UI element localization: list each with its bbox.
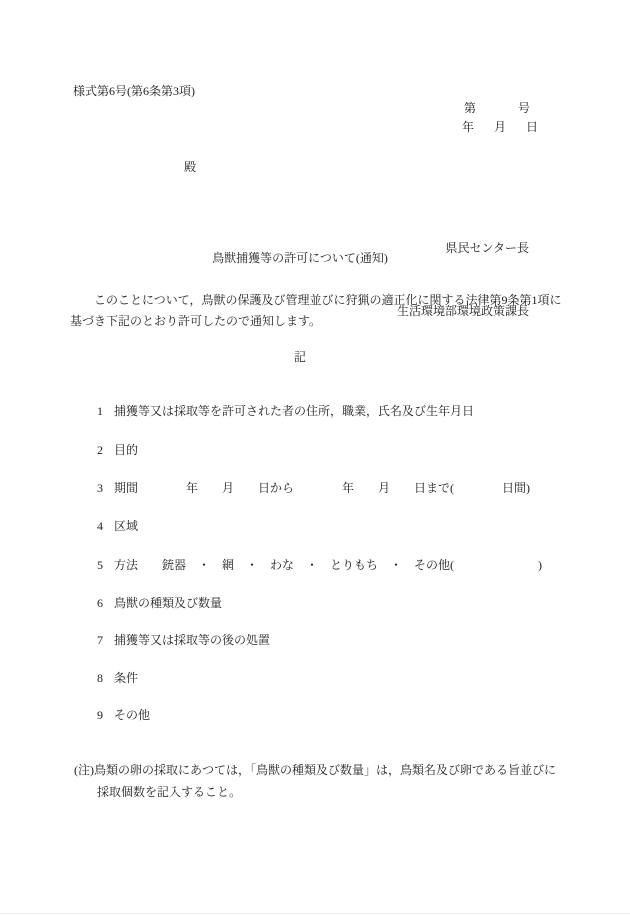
item-number: 6	[97, 596, 105, 611]
footnote-line-2: 採取個数を記入すること。	[97, 785, 241, 800]
item-number: 1	[97, 404, 105, 419]
section-marker-ki: 記	[0, 350, 600, 365]
body-paragraph-line-1: このことについて，鳥獣の保護及び管理並びに狩猟の適正化に関する法律第9条第1項に	[70, 293, 562, 308]
doc-number-prefix: 第	[464, 101, 476, 115]
item-label: 鳥獣の種類及び数量	[114, 596, 222, 610]
item-label: 区域	[114, 519, 138, 533]
date-day-label: 日	[526, 120, 538, 134]
item-label: その他	[114, 708, 150, 722]
item-number: 7	[97, 633, 105, 648]
permit-item-3: 3期間 年 月 日から 年 月 日まで( 日間)	[85, 464, 530, 511]
date-year-label: 年	[462, 120, 474, 134]
item-number: 4	[97, 519, 105, 534]
item-label: 捕獲等又は採取等の後の処置	[114, 633, 270, 647]
form-number: 様式第6号(第6条第3項)	[73, 84, 195, 99]
item-number: 3	[97, 481, 105, 496]
doc-number-suffix: 号	[518, 101, 530, 115]
document-title: 鳥獣捕獲等の許可について(通知)	[0, 251, 600, 266]
document-page: 様式第6号(第6条第3項) 第号 年月日 殿 県民センター長 生活環境部環境政策…	[0, 0, 630, 915]
permit-item-1: 1捕獲等又は採取等を許可された者の住所，職業，氏名及び生年月日	[85, 387, 474, 434]
permit-item-9: 9その他	[85, 691, 150, 738]
item-label: 目的	[114, 443, 138, 457]
item-label: 条件	[114, 671, 138, 685]
item-number: 9	[97, 708, 105, 723]
doc-number-line: 第号	[464, 101, 530, 116]
date-line: 年月日	[462, 120, 538, 135]
sender-block: 県民センター長 生活環境部環境政策課長	[397, 196, 529, 364]
item-number: 5	[97, 558, 105, 573]
footnote-line-1: (注)鳥類の卵の採取にあつては，「鳥獣の種類及び数量」は，鳥類名及び卵である旨並…	[74, 763, 556, 778]
body-paragraph-line-2: 基づき下記のとおり許可したので通知します。	[70, 314, 321, 329]
page-bottom-edge	[0, 913, 630, 914]
addressee-honorific: 殿	[184, 160, 196, 175]
item-label: 方法 銃器 ・ 網 ・ わな ・ とりもち ・ その他( )	[114, 558, 542, 572]
item-number: 2	[97, 443, 105, 458]
date-month-label: 月	[494, 120, 506, 134]
item-number: 8	[97, 671, 105, 686]
item-label: 捕獲等又は採取等を許可された者の住所，職業，氏名及び生年月日	[114, 404, 474, 418]
item-label: 期間 年 月 日から 年 月 日まで( 日間)	[114, 481, 530, 495]
